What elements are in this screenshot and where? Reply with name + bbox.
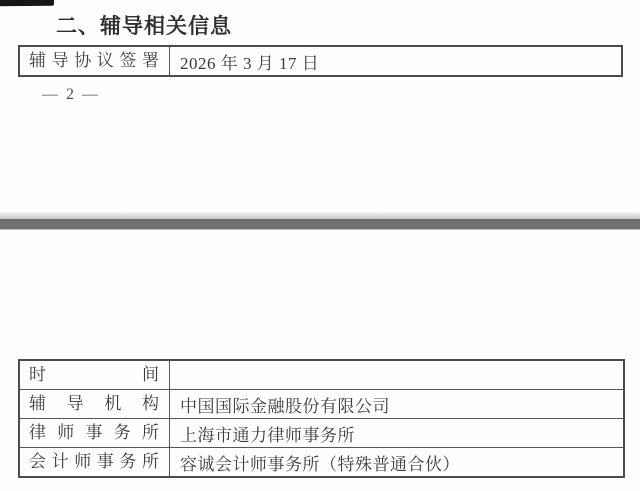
law-firm-label: 律师事务所 <box>20 419 170 447</box>
guidance-institution-label: 辅导机构 <box>20 390 170 418</box>
agreement-signing-label: 辅导协议签署 <box>20 47 170 75</box>
accounting-firm-label: 会计师事务所 <box>20 448 170 476</box>
table-row: 辅导协议签署 2026 年 3 月 17 日 <box>20 47 621 75</box>
guidance-institution-value: 中国国际金融股份有限公司 <box>170 392 623 417</box>
scan-artifact <box>0 0 54 6</box>
advisors-table: 时间 辅导机构 中国国际金融股份有限公司 律师事务所 上海市通力律师事务所 会计… <box>18 359 625 478</box>
page-gap-band <box>0 219 640 230</box>
table-row: 会计师事务所 容诚会计师事务所（特殊普通合伙） <box>20 447 623 476</box>
section-heading: 二、辅导相关信息 <box>56 10 232 40</box>
table-row: 辅导机构 中国国际金融股份有限公司 <box>20 389 623 418</box>
agreement-signing-date: 2026 年 3 月 17 日 <box>170 49 621 74</box>
table-row: 律师事务所 上海市通力律师事务所 <box>20 418 623 447</box>
page-edge-shadow <box>0 212 640 219</box>
guidance-agreement-table: 辅导协议签署 2026 年 3 月 17 日 <box>18 45 623 77</box>
table-row: 时间 <box>20 361 623 389</box>
page-number: — 2 — <box>42 86 100 104</box>
time-label: 时间 <box>20 361 170 389</box>
accounting-firm-value: 容诚会计师事务所（特殊普通合伙） <box>170 450 623 475</box>
document-page: 二、辅导相关信息 辅导协议签署 2026 年 3 月 17 日 — 2 — 时间… <box>0 0 640 491</box>
law-firm-value: 上海市通力律师事务所 <box>170 421 623 446</box>
page-separator <box>0 212 640 230</box>
